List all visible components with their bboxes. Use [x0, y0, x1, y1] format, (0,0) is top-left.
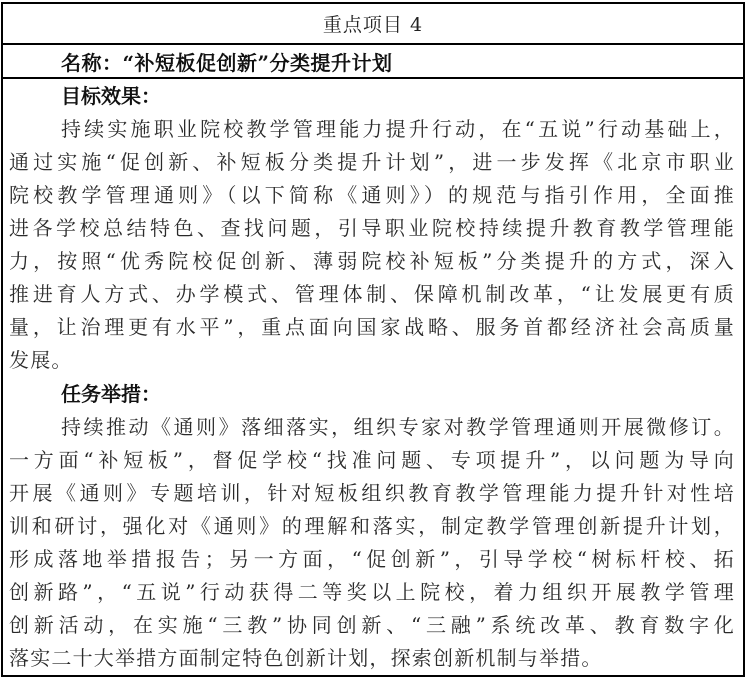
- paragraph-line: 发展。: [9, 344, 735, 377]
- paragraph-line: 一方面“补短板”，督促学校“找准问题、专项提升”，以问题为导向: [9, 444, 735, 477]
- paragraph-line: 形成落地举措报告；另一方面，“促创新”，引导学校“树标杆校、拓: [9, 543, 735, 576]
- section-goals: 目标效果： 持续实施职业院校教学管理能力提升行动，在“五说”行动基础上， 通过实…: [9, 79, 735, 377]
- section-heading: 任务举措：: [9, 377, 735, 411]
- paragraph-line: 力，按照“优秀院校促创新、薄弱院校补短板”分类提升的方式，深入: [9, 245, 735, 278]
- paragraph-line: 推进育人方式、办学模式、管理体制、保障机制改革，“让发展更有质: [9, 278, 735, 311]
- project-table: 重点项目 4 名称：“补短板促创新”分类提升计划 目标效果： 持续实施职业院校教…: [1, 2, 745, 677]
- paragraph-line: 进各学校总结特色、查找问题，引导职业院校持续提升教育教学管理能: [9, 212, 735, 245]
- paragraph-line: 持续推动《通则》落细落实，组织专家对教学管理通则开展微修订。: [9, 411, 735, 444]
- project-title: 重点项目 4: [3, 4, 743, 45]
- paragraph-line: 创新路”，“五说”行动获得二等奖以上院校，着力组织开展教学管理: [9, 576, 735, 609]
- paragraph-line: 通过实施“促创新、补短板分类提升计划”，进一步发挥《北京市职业: [9, 146, 735, 179]
- paragraph-line: 院校教学管理通则》（以下简称《通则》）的规范与指引作用，全面推: [9, 179, 735, 212]
- project-content: 目标效果： 持续实施职业院校教学管理能力提升行动，在“五说”行动基础上， 通过实…: [3, 79, 743, 675]
- paragraph-line: 量，让治理更有水平”，重点面向国家战略、服务首都经济社会高质量: [9, 311, 735, 344]
- paragraph-line: 落实二十大举措方面制定特色创新计划，探索创新机制与举措。: [9, 642, 735, 675]
- paragraph-line: 持续实施职业院校教学管理能力提升行动，在“五说”行动基础上，: [9, 113, 735, 146]
- paragraph-line: 创新活动，在实施“三教”协同创新、“三融”系统改革、教育数字化: [9, 609, 735, 642]
- section-tasks: 任务举措： 持续推动《通则》落细落实，组织专家对教学管理通则开展微修订。 一方面…: [9, 377, 735, 675]
- project-name: 名称：“补短板促创新”分类提升计划: [3, 45, 743, 79]
- paragraph-line: 开展《通则》专题培训，针对短板组织教育教学管理能力提升针对性培: [9, 477, 735, 510]
- paragraph-line: 训和研讨，强化对《通则》的理解和落实，制定教学管理创新提升计划，: [9, 510, 735, 543]
- section-heading: 目标效果：: [9, 79, 735, 113]
